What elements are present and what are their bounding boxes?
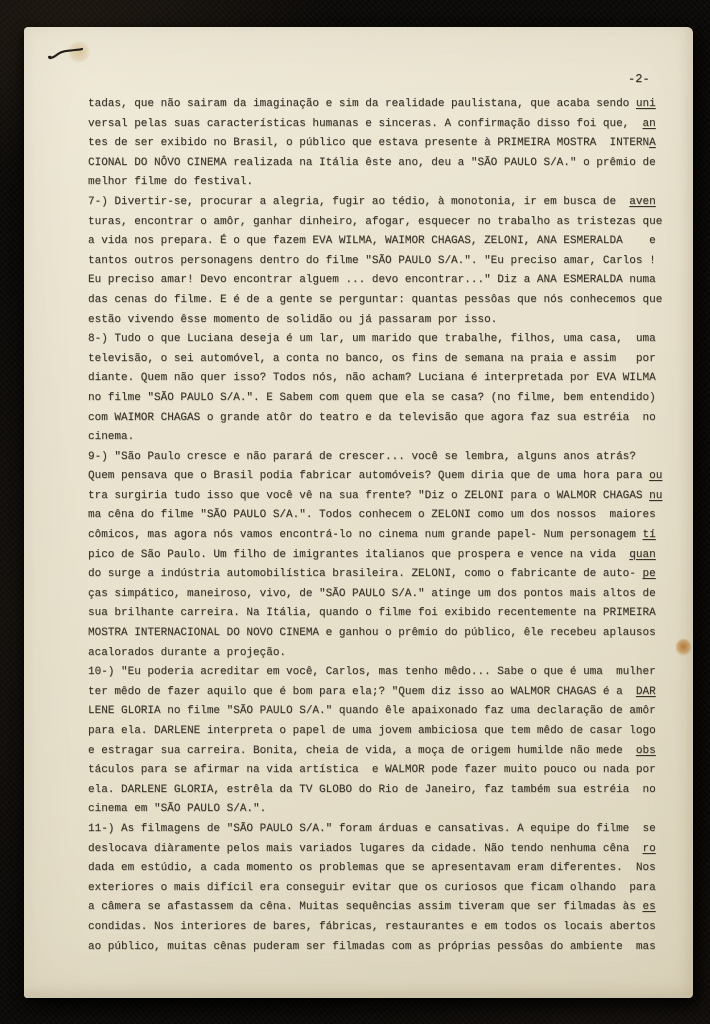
text-line: a câmera se afastassem da cêna. Muitas s… <box>88 898 670 918</box>
text-line: Eu preciso amar! Devo encontrar alguem .… <box>88 271 670 291</box>
text-line: ela. DARLENE GLORIA, estrêla da TV GLOBO… <box>88 781 670 801</box>
text-line: 8-) Tudo o que Luciana deseja é um lar, … <box>88 330 670 350</box>
text-line: 11-) As filmagens de "SÃO PAULO S/A." fo… <box>88 820 670 840</box>
text-line: no filme "SÃO PAULO S/A.". E Sabem com q… <box>88 389 670 409</box>
text-line: cômicos, mas agora nós vamos encontrá-lo… <box>88 526 670 546</box>
document-page: -2- tadas, que não sairam da imaginação … <box>24 27 693 998</box>
text-line: LENE GLORIA no filme "SÃO PAULO S/A." qu… <box>88 702 670 722</box>
text-line: 9-) "São Paulo cresce e não parará de cr… <box>88 448 670 468</box>
text-line: tra surgiria tudo isso que você vê na su… <box>88 487 670 507</box>
text-line: ças simpático, maneiroso, vivo, de "SÃO … <box>88 585 670 605</box>
text-line: cinema em "SÃO PAULO S/A.". <box>88 800 670 820</box>
text-line: dada em estúdio, a cada momento os probl… <box>88 859 670 879</box>
text-line: turas, encontrar o amôr, ganhar dinheiro… <box>88 213 670 233</box>
text-line: para ela. DARLENE interpreta o papel de … <box>88 722 670 742</box>
text-line: televisão, o sei automóvel, a conta no b… <box>88 350 670 370</box>
text-line: cinema. <box>88 428 670 448</box>
paragraph-item-9: 9-) "São Paulo cresce e não parará de cr… <box>88 448 670 664</box>
text-line: a vida nos prepara. É o que fazem EVA WI… <box>88 232 670 252</box>
text-line: condidas. Nos interiores de bares, fábri… <box>88 918 670 938</box>
paragraph-item-8: 8-) Tudo o que Luciana deseja é um lar, … <box>88 330 670 448</box>
text-line: ma cêna do filme "SÃO PAULO S/A.". Todos… <box>88 506 670 526</box>
text-line: com WAIMOR CHAGAS o grande atôr do teatr… <box>88 409 670 429</box>
text-line: acalorados durante a projeção. <box>88 644 670 664</box>
text-line: exteriores o mais difícil era conseguir … <box>88 879 670 899</box>
text-line: estão vivendo êsse momento de solidão ou… <box>88 311 670 331</box>
text-line: MOSTRA INTERNACIONAL DO NOVO CINEMA e ga… <box>88 624 670 644</box>
text-line: tes de ser exibido no Brasil, o público … <box>88 134 670 154</box>
text-line: pico de São Paulo. Um filho de imigrante… <box>88 546 670 566</box>
text-line: melhor filme do festival. <box>88 173 670 193</box>
text-line: versal pelas suas características humana… <box>88 115 670 135</box>
text-line: Quem pensava que o Brasil podia fabricar… <box>88 467 670 487</box>
text-line: ao público, muitas cênas puderam ser fil… <box>88 938 670 958</box>
paragraph-item-7: 7-) Divertir-se, procurar a alegria, fug… <box>88 193 670 330</box>
text-line: táculos para se afirmar na vida artístic… <box>88 761 670 781</box>
text-line: sua brilhante carreira. Na Itália, quand… <box>88 604 670 624</box>
text-line: CIONAL DO NÔVO CINEMA realizada na Itáli… <box>88 154 670 174</box>
text-line: tantos outros personagens dentro do film… <box>88 252 670 272</box>
text-line: do surge a indústria automobilística bra… <box>88 565 670 585</box>
page-number: -2- <box>628 72 650 86</box>
text-line: 7-) Divertir-se, procurar a alegria, fug… <box>88 193 670 213</box>
text-line: das cenas do filme. E é de a gente se pe… <box>88 291 670 311</box>
paragraph-item-10: 10-) "Eu poderia acreditar em você, Carl… <box>88 663 670 820</box>
text-line: tadas, que não sairam da imaginação e si… <box>88 95 670 115</box>
ink-mark <box>46 44 86 64</box>
text-line: e estragar sua carreira. Bonita, cheia d… <box>88 742 670 762</box>
paper-stain <box>676 639 691 656</box>
text-line: deslocava diàramente pelos mais variados… <box>88 840 670 860</box>
typewritten-text: tadas, que não sairam da imaginação e si… <box>88 95 670 957</box>
text-line: 10-) "Eu poderia acreditar em você, Carl… <box>88 663 670 683</box>
paragraph-item-11: 11-) As filmagens de "SÃO PAULO S/A." fo… <box>88 820 670 957</box>
text-line: ter mêdo de fazer aquilo que é bom para … <box>88 683 670 703</box>
paragraph-continuation: tadas, que não sairam da imaginação e si… <box>88 95 670 193</box>
text-line: diante. Quem não quer isso? Todos nós, n… <box>88 369 670 389</box>
